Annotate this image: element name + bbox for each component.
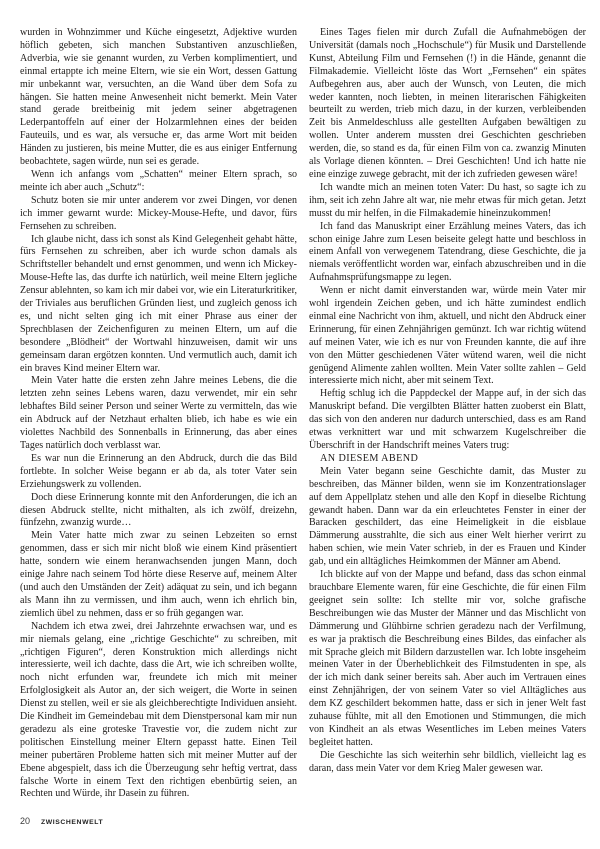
journal-title: ZWISCHENWELT: [41, 819, 103, 826]
paragraph: Wenn ich anfangs vom „Schatten“ meiner E…: [20, 169, 297, 195]
paragraph: Mein Vater hatte mich zwar zu seinen Leb…: [20, 530, 297, 620]
left-column: wurden in Wohnzimmer und Küche eingesetz…: [20, 27, 297, 801]
page-number: 20: [20, 816, 30, 826]
paragraph: Ich fand das Manuskript einer Erzählung …: [309, 221, 586, 286]
paragraph: Wenn er nicht damit einverstanden war, w…: [309, 285, 586, 388]
story-heading: AN DIESEM ABEND: [309, 453, 586, 466]
paragraph: Nachdem ich etwa zwei, drei Jahrzehnte e…: [20, 621, 297, 802]
paragraph: Ich wandte mich an meinen toten Vater: D…: [309, 182, 586, 221]
paragraph: Mein Vater hatte die ersten zehn Jahre m…: [20, 375, 297, 452]
paragraph: Ich blickte auf von der Mappe und befand…: [309, 569, 586, 750]
paragraph: wurden in Wohnzimmer und Küche eingesetz…: [20, 27, 297, 169]
paragraph: Ich glaube nicht, dass ich sonst als Kin…: [20, 234, 297, 376]
paragraph: Heftig schlug ich die Pappdeckel der Map…: [309, 388, 586, 453]
page-footer: 20 ZWISCHENWELT: [20, 816, 103, 826]
paragraph: Schutz boten sie mir unter anderem vor z…: [20, 195, 297, 234]
paragraph: Die Geschichte las sich weiterhin sehr b…: [309, 750, 586, 776]
paragraph: Es war nun die Erinnerung an den Abdruck…: [20, 453, 297, 492]
magazine-page: wurden in Wohnzimmer und Küche eingesetz…: [0, 0, 600, 849]
paragraph: Doch diese Erinnerung konnte mit den Anf…: [20, 492, 297, 531]
right-column: Eines Tages fielen mir durch Zufall die …: [309, 27, 586, 801]
text-columns: wurden in Wohnzimmer und Küche eingesetz…: [20, 27, 586, 801]
paragraph: Eines Tages fielen mir durch Zufall die …: [309, 27, 586, 182]
paragraph: Mein Vater begann seine Geschichte damit…: [309, 466, 586, 569]
